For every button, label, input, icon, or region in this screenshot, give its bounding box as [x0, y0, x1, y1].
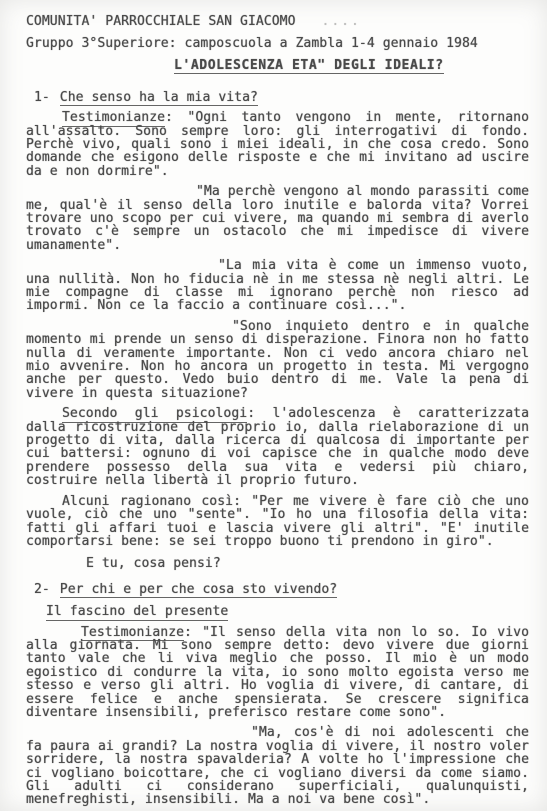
paragraph-text: "Ma perchè vengono al mondo parassiti co… [26, 184, 529, 253]
section-2-heading: 2- Per chi e per che cosa sto vivendo? [34, 583, 529, 596]
paragraph-text: "Ma, cos'è di noi adolescenti che fa pau… [26, 725, 529, 807]
paragraph-text: : "Il senso della vita non lo so. Io viv… [26, 625, 529, 720]
testimony-paragraph-2: "Ma perchè vengono al mondo parassiti co… [26, 185, 529, 252]
scan-smudge-mark: .... [322, 14, 361, 29]
testimony-paragraph-4: "Sono inquieto dentro e in qualche momen… [26, 320, 529, 400]
section-2-number: 2- [34, 582, 50, 597]
paragraph-text: "La mia vita è come un immenso vuoto, un… [26, 258, 529, 313]
community-name: COMUNITA' PARROCCHIALE SAN GIACOMO [26, 14, 296, 29]
testimony-paragraph-5: Testimonianze: "Il senso della vita non … [26, 626, 529, 720]
section-1-number: 1- [34, 90, 50, 105]
reasoning-paragraph: Alcuni ragionano così: "Per me vivere è … [26, 495, 529, 549]
question-line: E tu, cosa pensi? [86, 557, 529, 570]
section-2-heading-text: Per chi e per che cosa sto vivendo? [60, 582, 337, 599]
psychologists-paragraph: Secondo gli psicologi: l'adolescenza è c… [26, 407, 529, 487]
section-2-subheading: Il fascino del presente [46, 605, 529, 618]
paragraph-text: Alcuni ragionano così: "Per me vivere è … [26, 494, 529, 549]
document-title: L'ADOLESCENZA ETA" DEGLI IDEALI? [174, 59, 444, 74]
testimony-paragraph-1: Testimonianze: "Ogni tanto vengono in me… [26, 111, 529, 178]
section-1-heading: 1- Che senso ha la mia vita? [34, 91, 529, 104]
section-1-heading-text: Che senso ha la mia vita? [60, 90, 258, 107]
header-group-line: Gruppo 3°Superiore: camposcuola a Zambla… [26, 37, 529, 50]
header-community-line: COMUNITA' PARROCCHIALE SAN GIACOMO.... [26, 15, 529, 28]
testimony-paragraph-3: "La mia vita è come un immenso vuoto, un… [26, 259, 529, 313]
scanned-document-page: COMUNITA' PARROCCHIALE SAN GIACOMO.... G… [0, 0, 547, 811]
section-2-subheading-text: Il fascino del presente [46, 604, 228, 621]
paragraph-text: "Sono inquieto dentro e in qualche momen… [26, 319, 529, 401]
testimony-paragraph-6: "Ma, cos'è di noi adolescenti che fa pau… [26, 726, 529, 806]
